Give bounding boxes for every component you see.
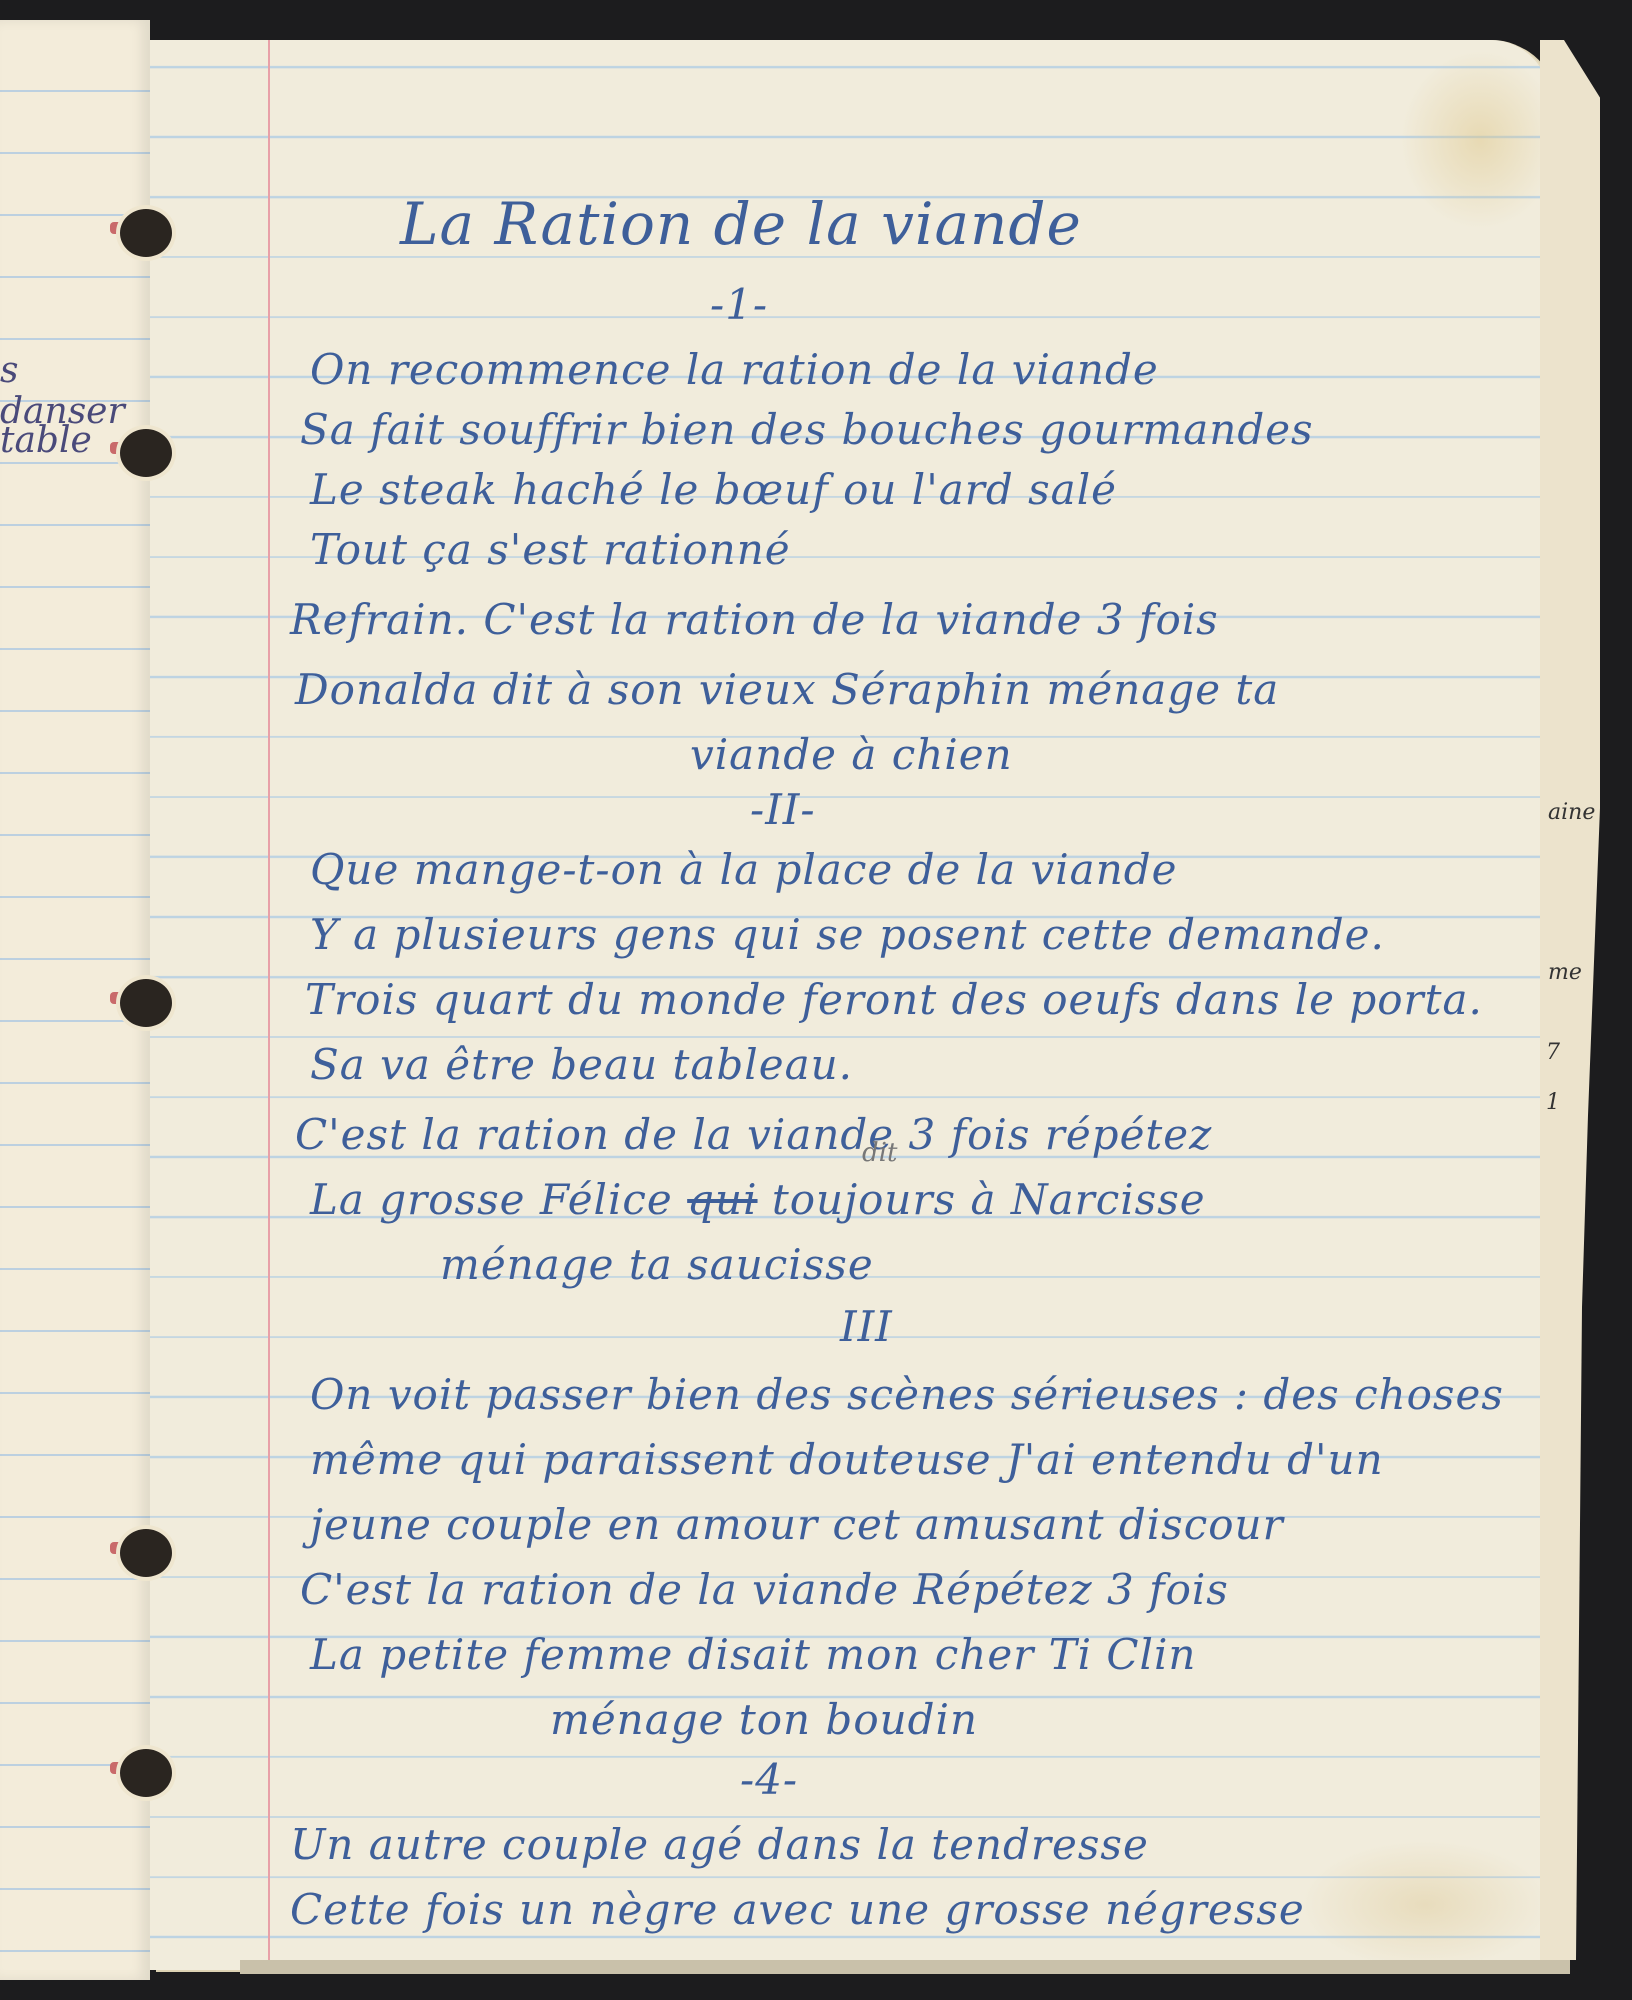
verse-number: III bbox=[840, 1302, 893, 1351]
refrain-line: C'est la ration de la viande Répétez 3 f… bbox=[300, 1565, 1229, 1614]
lyric-line: Un autre couple agé dans la tendresse bbox=[290, 1820, 1149, 1869]
binding-hole bbox=[116, 975, 176, 1031]
lyric-line: Tout ça s'est rationné bbox=[310, 525, 791, 574]
lyric-line: La grosse Félice qui toujours à Narcisse bbox=[310, 1175, 1206, 1224]
verse-number: -1- bbox=[710, 280, 768, 329]
lyric-line: ménage ta saucisse bbox=[440, 1240, 874, 1289]
torn-page-edges: aine me 7 1 bbox=[1540, 40, 1600, 1960]
edge-fragment: 7 bbox=[1546, 1040, 1560, 1065]
lyric-line: Y a plusieurs gens qui se posent cette d… bbox=[310, 910, 1385, 959]
binding-hole bbox=[116, 1525, 176, 1581]
lyric-line: même qui paraissent douteuse J'ai entend… bbox=[310, 1435, 1384, 1484]
binding-hole bbox=[116, 1745, 176, 1801]
lyric-line: Le steak haché le bœuf ou l'ard salé bbox=[310, 465, 1117, 514]
binding-hole bbox=[116, 205, 176, 261]
binding-hole bbox=[116, 425, 176, 481]
lyric-line: On recommence la ration de la viande bbox=[310, 345, 1159, 394]
lyric-segment: La grosse Félice bbox=[310, 1175, 673, 1224]
inserted-word: dit bbox=[862, 1138, 897, 1168]
struck-word: qui bbox=[687, 1175, 757, 1224]
notebook-page: La Ration de la viande -1- On recommence… bbox=[150, 40, 1550, 1970]
edge-fragment: aine bbox=[1548, 800, 1595, 825]
refrain-line: Refrain. C'est la ration de la viande 3 … bbox=[290, 595, 1219, 644]
verse-number: -4- bbox=[740, 1755, 798, 1804]
water-stain bbox=[1300, 1840, 1550, 1970]
water-stain bbox=[1400, 50, 1560, 230]
margin-line bbox=[268, 40, 270, 1970]
song-title: La Ration de la viande bbox=[400, 190, 1082, 258]
verse-number: -II- bbox=[750, 785, 816, 834]
lyric-line: Que mange-t-on à la place de la viande bbox=[310, 845, 1178, 894]
lyric-segment: toujours à Narcisse bbox=[772, 1175, 1206, 1224]
lyric-line: jeune couple en amour cet amusant discou… bbox=[310, 1500, 1284, 1549]
lyric-line: Donalda dit à son vieux Séraphin ménage … bbox=[295, 665, 1279, 714]
left-page-fragment: table bbox=[0, 420, 92, 461]
lyric-line: On voit passer bien des scènes sérieuses… bbox=[310, 1370, 1504, 1419]
edge-fragment: me bbox=[1548, 960, 1582, 985]
lyric-line: La petite femme disait mon cher Ti Clin bbox=[310, 1630, 1196, 1679]
refrain-line: C'est la ration de la viande 3 fois répé… bbox=[295, 1110, 1212, 1159]
lyric-line: viande à chien bbox=[690, 730, 1013, 779]
lyric-line: ménage ton boudin bbox=[550, 1695, 978, 1744]
lyric-line: Trois quart du monde feront des oeufs da… bbox=[305, 975, 1483, 1024]
lyric-line: Sa fait souffrir bien des bouches gourma… bbox=[300, 405, 1314, 454]
lyric-line: Cette fois un nègre avec une grosse négr… bbox=[290, 1885, 1305, 1934]
lyric-line: Sa va être beau tableau. bbox=[310, 1040, 853, 1089]
page-bottom-edge bbox=[240, 1960, 1570, 1974]
edge-fragment: 1 bbox=[1546, 1090, 1560, 1115]
